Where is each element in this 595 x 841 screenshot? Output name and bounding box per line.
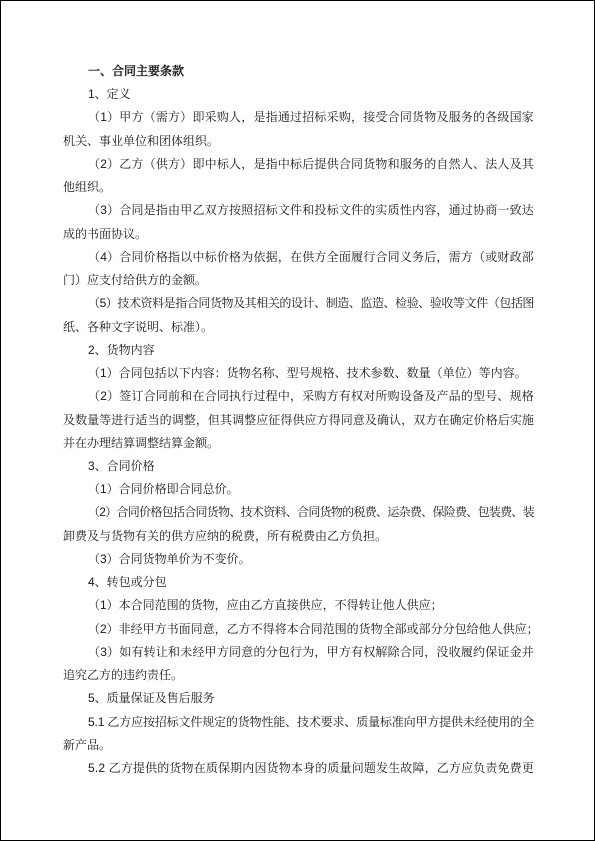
- line-text: 门）应支付给供方的金额。: [63, 269, 207, 292]
- document-line: 纸、各种文字说明、标准）。: [63, 316, 534, 339]
- document-line: 4、转包或分包: [63, 571, 534, 594]
- document-line: （1）合同价格即合同总价。: [63, 478, 534, 501]
- line-text: （3）合同货物单价为不变价。: [88, 548, 251, 571]
- document-line: （1）本合同范围的货物，应由乙方直接供应，不得转让他人供应；: [63, 594, 534, 617]
- line-text: （4）合同价格指以中标价格为依据，在供方全面履行合同义务后，需方（或财政部: [88, 246, 534, 269]
- document-line: （2）签订合同前和在合同执行过程中，采购方有权对所购设备及产品的型号、规格: [63, 385, 534, 408]
- line-text: （1）本合同范围的货物，应由乙方直接供应，不得转让他人供应；: [88, 594, 443, 617]
- line-text: 纸、各种文字说明、标准）。: [63, 316, 213, 339]
- document-line: 并在办理结算调整结算金额。: [63, 432, 534, 455]
- line-text: 及数量等进行适当的调整，但其调整应征得供应方得同意及确认，双方在确定价格后实施: [63, 409, 534, 432]
- document-line: （3）合同货物单价为不变价。: [63, 548, 534, 571]
- document-line: 5.2 乙方提供的货物在质保期内因货物本身的质量问题发生故障，乙方应负责免费更: [63, 757, 534, 780]
- document-line: 卸费及与货物有关的供方应纳的税费，所有税费由乙方负担。: [63, 525, 534, 548]
- document-line: （4）合同价格指以中标价格为依据，在供方全面履行合同义务后，需方（或财政部: [63, 246, 534, 269]
- document-line: 追究乙方的违约责任。: [63, 664, 534, 687]
- document-line: 他组织。: [63, 176, 534, 199]
- line-text: （2）乙方（供方）即中标人，是指中标后提供合同货物和服务的自然人、法人及其: [88, 153, 534, 176]
- line-text: 追究乙方的违约责任。: [63, 664, 183, 687]
- document-line: 5、质量保证及售后服务: [63, 687, 534, 710]
- document-line: （2）非经甲方书面同意，乙方不得将本合同范围的货物全部或部分分包给他人供应；: [63, 618, 534, 641]
- line-text: 5.2 乙方提供的货物在质保期内因货物本身的质量问题发生故障，乙方应负责免费更: [88, 757, 534, 780]
- document-line: 门）应支付给供方的金额。: [63, 269, 534, 292]
- document-line: 及数量等进行适当的调整，但其调整应征得供应方得同意及确认，双方在确定价格后实施: [63, 409, 534, 432]
- document-heading: 一、合同主要条款: [63, 60, 534, 83]
- document-line: 5.1 乙方应按招标文件规定的货物性能、技术要求、质量标准向甲方提供未经使用的全: [63, 711, 534, 734]
- document-line: （3）合同是指由甲乙双方按照招标文件和投标文件的实质性内容，通过协商一致达: [63, 199, 534, 222]
- line-text: 并在办理结算调整结算金额。: [63, 432, 219, 455]
- line-text: （1）甲方（需方）即采购人，是指通过招标采购，接受合同货物及服务的各级国家: [88, 106, 534, 129]
- line-text: 新产品。: [63, 734, 111, 757]
- line-text: 卸费及与货物有关的供方应纳的税费，所有税费由乙方负担。: [63, 525, 387, 548]
- line-text: 3、合同价格: [88, 455, 155, 478]
- line-text: （5）技术资料是指合同货物及其相关的设计、制造、监造、检验、验收等文件（包括图: [88, 292, 534, 315]
- line-text: 2、货物内容: [88, 339, 155, 362]
- line-text: （3）如有转让和未经甲方同意的分包行为，甲方有权解除合同，没收履约保证金并: [88, 641, 534, 664]
- line-text: （1）合同价格即合同总价。: [88, 478, 239, 501]
- line-text: 一、合同主要条款: [88, 60, 184, 83]
- document-line: （1）甲方（需方）即采购人，是指通过招标采购，接受合同货物及服务的各级国家: [63, 106, 534, 129]
- line-text: 5、质量保证及售后服务: [88, 687, 215, 710]
- document-line: （5）技术资料是指合同货物及其相关的设计、制造、监造、检验、验收等文件（包括图: [63, 292, 534, 315]
- line-text: 5.1 乙方应按招标文件规定的货物性能、技术要求、质量标准向甲方提供未经使用的全: [88, 711, 534, 734]
- document-line: （2）合同价格包括合同货物、技术资料、合同货物的税费、运杂费、保险费、包装费、装: [63, 501, 534, 524]
- document-line: 1、定义: [63, 83, 534, 106]
- line-text: 成的书面协议。: [63, 223, 147, 246]
- document-line: 成的书面协议。: [63, 223, 534, 246]
- line-text: （3）合同是指由甲乙双方按照招标文件和投标文件的实质性内容，通过协商一致达: [88, 199, 534, 222]
- line-text: （2）签订合同前和在合同执行过程中，采购方有权对所购设备及产品的型号、规格: [88, 385, 534, 408]
- line-text: （1）合同包括以下内容：货物名称、型号规格、技术参数、数量（单位）等内容。: [88, 362, 527, 385]
- line-text: 机关、事业单位和团体组织。: [63, 130, 219, 153]
- document-line: 新产品。: [63, 734, 534, 757]
- line-text: 1、定义: [88, 83, 131, 106]
- document-line: （3）如有转让和未经甲方同意的分包行为，甲方有权解除合同，没收履约保证金并: [63, 641, 534, 664]
- document-line: 机关、事业单位和团体组织。: [63, 130, 534, 153]
- document-line: （2）乙方（供方）即中标人，是指中标后提供合同货物和服务的自然人、法人及其: [63, 153, 534, 176]
- line-text: （2）合同价格包括合同货物、技术资料、合同货物的税费、运杂费、保险费、包装费、装: [88, 501, 534, 524]
- document-page: 一、合同主要条款1、定义（1）甲方（需方）即采购人，是指通过招标采购，接受合同货…: [0, 0, 595, 841]
- line-text: 他组织。: [63, 176, 111, 199]
- document-line: （1）合同包括以下内容：货物名称、型号规格、技术参数、数量（单位）等内容。: [63, 362, 534, 385]
- document-line: 3、合同价格: [63, 455, 534, 478]
- document-content: 一、合同主要条款1、定义（1）甲方（需方）即采购人，是指通过招标采购，接受合同货…: [63, 60, 534, 780]
- line-text: （2）非经甲方书面同意，乙方不得将本合同范围的货物全部或部分分包给他人供应；: [88, 618, 539, 641]
- line-text: 4、转包或分包: [88, 571, 167, 594]
- document-line: 2、货物内容: [63, 339, 534, 362]
